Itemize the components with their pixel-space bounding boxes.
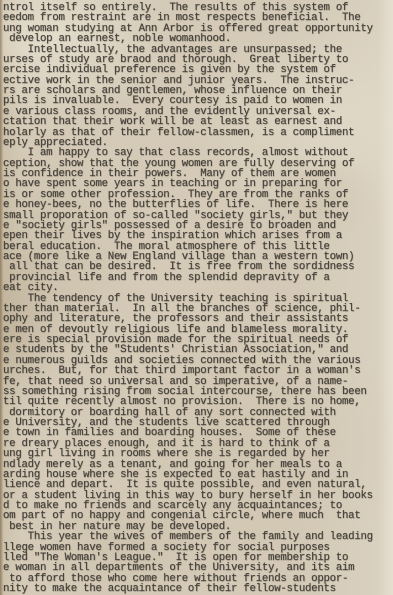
text-line: ung girl living in rooms where she is re… [3,449,393,459]
text-line: e honey-bees, no the butterflies of life… [3,200,393,210]
scanned-page: ntrol itself so entirely. The results of… [0,0,393,595]
text-line: provincial life and from the splendid de… [3,273,393,283]
text-line: nity to make the acquaintance of their f… [3,584,393,594]
typewritten-text: ntrol itself so entirely. The results of… [0,0,393,594]
text-line: eat city. [3,283,393,293]
text-line: ctation that their work will be at least… [3,117,393,127]
text-line: develop an earnest, noble womanhood. [3,34,393,44]
text-line: urches. But, for that third important fa… [3,366,393,376]
text-line: This year the wives of members of the fa… [3,532,393,542]
